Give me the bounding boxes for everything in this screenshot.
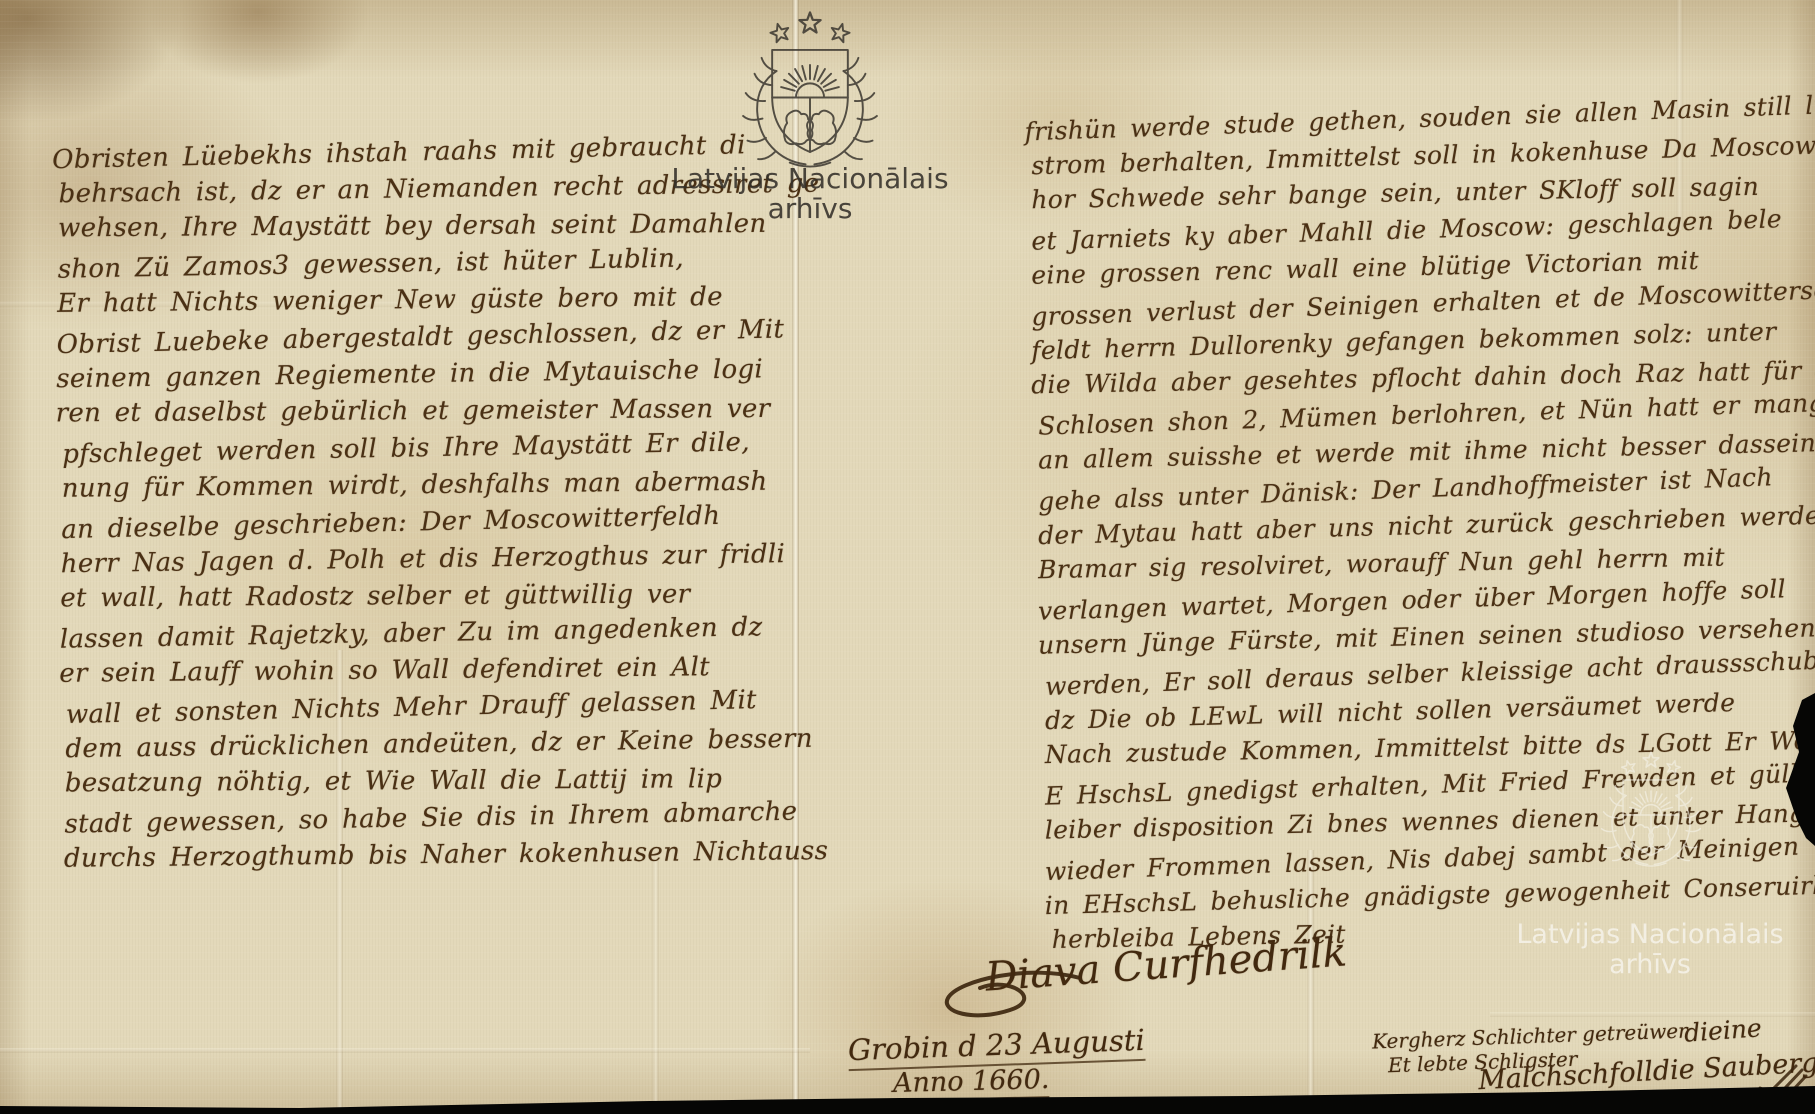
dateline-year: Anno 1660. [893,1064,1050,1102]
handwriting-line: durchs Herzogthumb bis Naher kokenhusen … [64,833,817,878]
right-page-text: frishün werde stude gethen, souden sie a… [1027,90,1815,961]
dateline-place: Grobin d 23 Augusti [847,1023,1145,1071]
crease [0,1048,810,1053]
left-page-text: Obristen Lüebekhs ihstah raahs mit gebra… [55,129,817,879]
crease [652,860,659,1114]
closing-valediction: dieine [1683,1013,1763,1047]
watermark-line: arhīvs [1492,950,1808,980]
crease [1490,1012,1815,1017]
manuscript-paper: Obristen Lüebekhs ihstah raahs mit gebra… [0,0,1815,1114]
manuscript-photograph: Obristen Lüebekhs ihstah raahs mit gebra… [0,0,1815,1114]
